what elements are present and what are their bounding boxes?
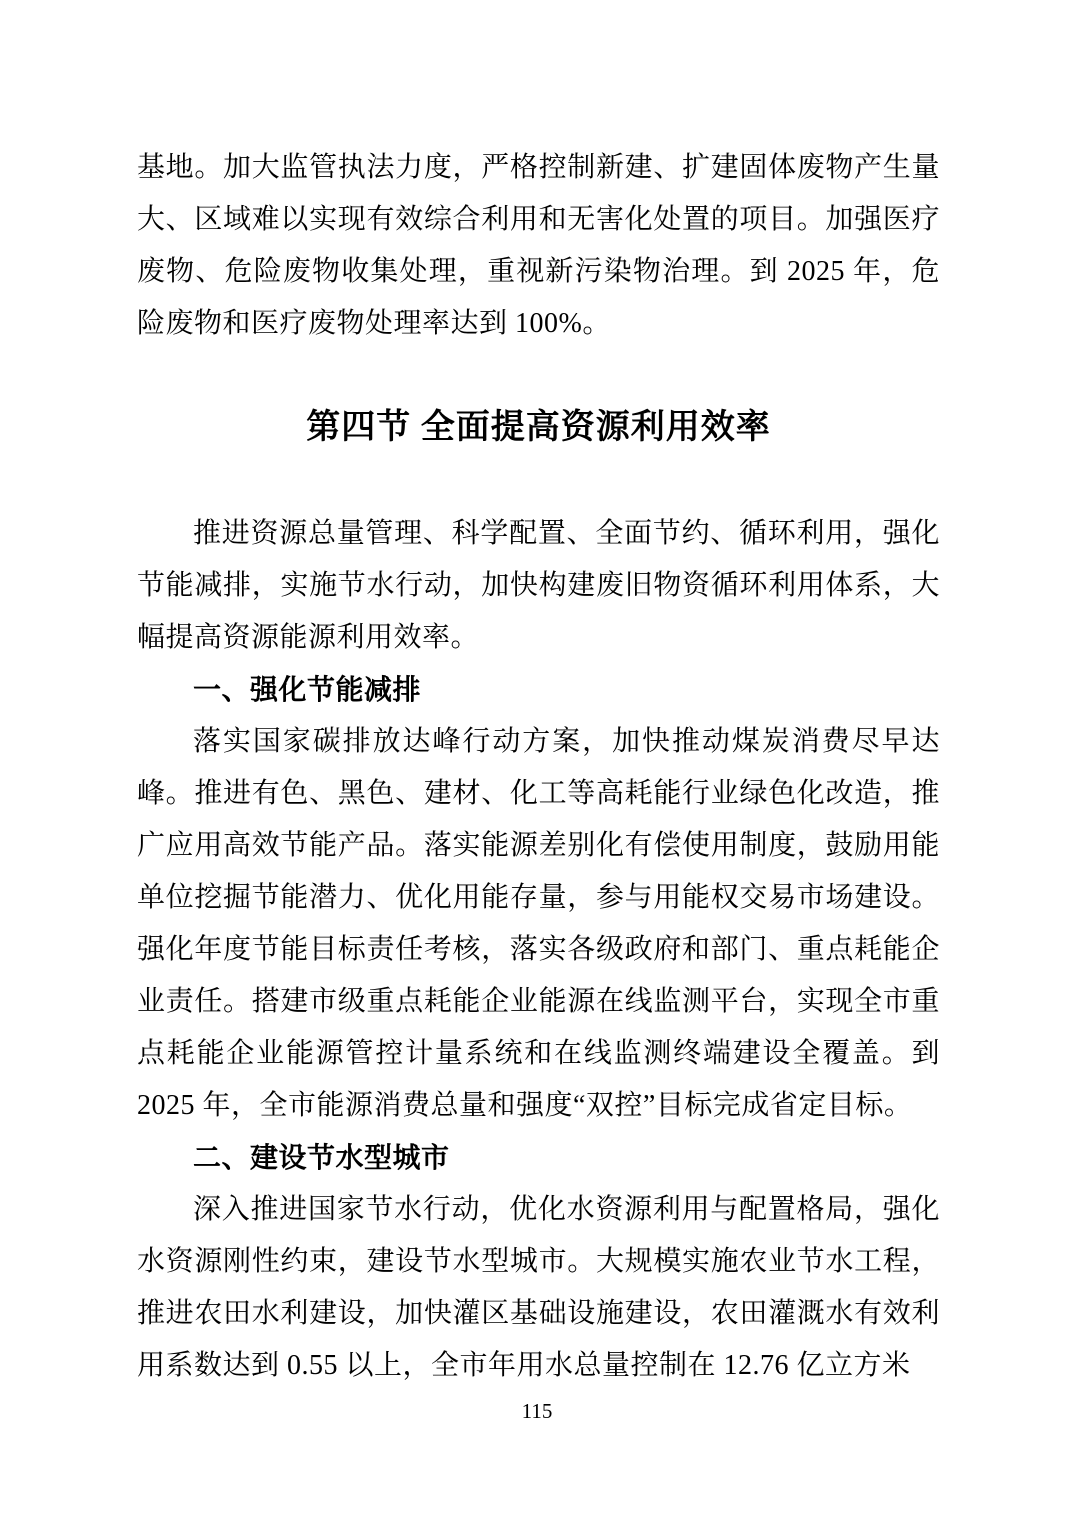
subsection-2-heading: 二、建设节水型城市 bbox=[137, 1132, 940, 1184]
document-page: 基地。加大监管执法力度，严格控制新建、扩建固体废物产生量大、区域难以实现有效综合… bbox=[0, 0, 1074, 1520]
section-title: 第四节 全面提高资源利用效率 bbox=[137, 400, 940, 456]
subsection-1-heading: 一、强化节能减排 bbox=[137, 664, 940, 716]
subsection-1-paragraph: 落实国家碳排放达峰行动方案，加快推动煤炭消费尽早达峰。推进有色、黑色、建材、化工… bbox=[137, 716, 940, 1132]
subsection-2-paragraph: 深入推进国家节水行动，优化水资源利用与配置格局，强化水资源刚性约束，建设节水型城… bbox=[137, 1184, 940, 1392]
page-number: 115 bbox=[0, 1398, 1074, 1424]
intro-paragraph: 推进资源总量管理、科学配置、全面节约、循环利用，强化节能减排，实施节水行动，加快… bbox=[137, 508, 940, 664]
page-content: 基地。加大监管执法力度，严格控制新建、扩建固体废物产生量大、区域难以实现有效综合… bbox=[137, 142, 940, 1392]
paragraph-continuation: 基地。加大监管执法力度，严格控制新建、扩建固体废物产生量大、区域难以实现有效综合… bbox=[137, 142, 940, 350]
